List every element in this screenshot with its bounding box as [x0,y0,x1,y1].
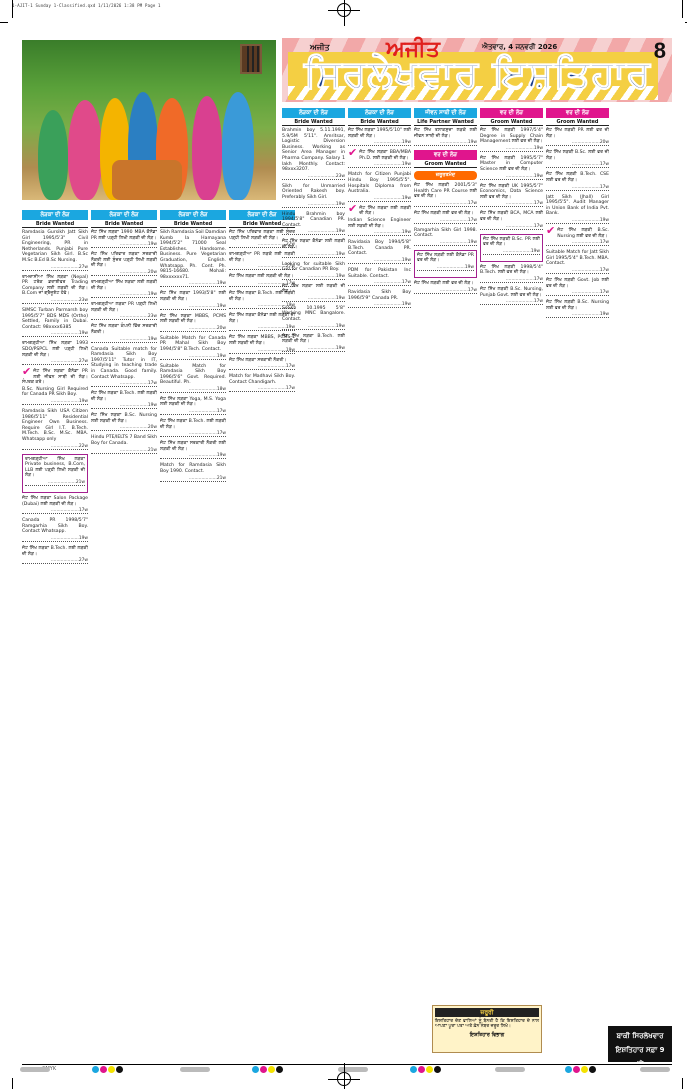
ad-reference: ....................20w [91,270,157,276]
classified-ad: SIMSC Turban Parmarsh boy 1995/5'7" BDS … [22,308,88,337]
ad-reference: ....................19w [282,202,345,208]
ad-body: ਜੱਟ ਸਿੱਖ ਲੜਕਾ B.Tech. ਲਈ ਲੜਕੀ ਦੀ ਲੋੜ। [282,334,345,345]
right-classifieds: ਲੋੜਕਾ ਦੀ ਲੋੜBride WantedBrahmin boy 5.11… [282,108,609,356]
crop-mark [12,1078,13,1089]
ad-reference: ....................20w [160,326,226,332]
classified-column: ਜੀਵਨ ਸਾਥੀ ਦੀ ਲੋੜLife Partner Wantedਜੱਟ ਸ… [414,108,477,356]
classified-ad: SeSkh 10.1995 5'8" Working MNC Bangalore… [282,306,345,330]
ad-text: ਜੱਟ ਸਿੱਖ ਲੜਕੀ 1998/5'4" B.Tech. ਲਈ ਵਰ ਦੀ… [480,265,543,276]
ad-body: ਜੱਟ ਸਿੱਖ ਲੜਕਾ 1995/5'10" ਲਈ ਲੜਕੀ ਦੀ ਲੋੜ। [348,128,411,139]
ad-reference: ....................23w [91,314,157,320]
classified-ad: ਜੱਟ ਸਿੱਖ ਲੜਕਾ ਸਰਕਾਰੀ ਨੌਕਰੀ।.............… [229,358,295,371]
ad-reference: ....................19w [22,331,88,337]
classified-ad: ਜੱਟ ਸਿੱਖ ਲੜਕਾ Yoga, M.S. Yoga ਲਈ ਲੜਕੀ ਦੀ… [160,397,226,415]
ad-reference: ....................19w [348,162,411,168]
ad-body: Ravidasia Sikh Boy 1996/5'9" Canada PR. [348,290,411,301]
classified-ad: ਜੱਟ ਸਿੱਖ ਲੜਕਾ B.Sc. Nursing ਲਈ ਲੜਕੀ ਦੀ ਲ… [91,413,157,431]
ad-body: ਜੱਟ ਸਿੱਖ ਲੜਕੀ UK 1995/5'7" Economics, Da… [480,184,543,200]
classified-ad: Hindu Brahmin boy 1994/5'8" Canadian PR.… [282,212,345,236]
classified-ad: ✔ਜੱਟ ਸਿੱਖ ਲੜਕੀ B.Sc. Nursing ਲਈ ਵਰ ਦੀ ਲੋ… [546,228,609,246]
ad-body: ਜੱਟ ਸਿੱਖ ਲੜਕੀ B.Sc. Nursing ਲਈ ਵਰ ਦੀ ਲੋੜ… [546,300,609,311]
ad-reference: ....................22w [22,444,88,450]
ad-body: ਜੱਟ ਸਿੱਖ ਲੜਕੀ B.Tech. CSE ਲਈ ਵਰ ਦੀ ਲੋੜ। [546,172,609,183]
ad-text: Ramdasia Gursikh Jatt Sikh Girl 1995/5'3… [22,230,88,264]
classified-ad: Ramdasia Sikh USA Citizen 1986/5'11" Res… [22,409,88,450]
ad-body: ਜੱਟ ਸਿੱਖ ਲੜਕੀ 1995/5'7" Master in Comput… [480,156,543,172]
classified-ad: Jatt Sikh (Jhall) Girl 1995/5'5". Audit … [546,195,609,224]
cmyk-dots-icon [410,1066,441,1073]
left-classifieds: ਲੋੜਕਾ ਦੀ ਲੋੜBride WantedRamdasia Gursikh… [22,210,295,568]
ad-text: ਜੱਟ ਸਿੱਖ ਲੜਕਾ ਕੰਪਨੀ ਵਿੱਚ ਸਰਕਾਰੀ ਨੌਕਰੀ। [91,324,157,335]
classified-ad: Match for Ramdasia Sikh Boy 1990. Contac… [160,463,226,481]
ad-reference: ....................19w [282,274,345,280]
ad-text: ਜੱਟ ਸਿੱਖ ਲੜਕਾ ਕੈਨੇਡਾ ਲਈ ਲੜਕੀ ਦੀ ਲੋੜ। [282,239,345,250]
page-number: 8 [654,38,666,64]
classified-column: ਲੋੜਕਾ ਦੀ ਲੋੜBride Wantedਜੱਟ ਸਿੱਖ ਲੜਕਾ 19… [348,108,411,356]
classified-ad: ਜੱਟ ਸਿੱਖ ਲੜਕਾ 1995/5'10" ਲਈ ਲੜਕੀ ਦੀ ਲੋੜ।… [348,128,411,146]
ad-text: ✔ਜੱਟ ਸਿੱਖ ਲੜਕਾ ਕੈਨੇਡਾ PR ਲਈ ਜੀਵਨ ਸਾਥੀ ਦੀ… [22,369,88,386]
ad-reference: ....................17w [480,299,543,305]
classified-ad: ਜੱਟ ਸਿੱਖ ਤਲਾਕਸ਼ੁਦਾ ਲੜਕੇ ਲਈ ਜੀਵਨ ਸਾਥੀ ਦੀ … [414,128,477,146]
classified-ad: ਰਾਮਗੜ੍ਹੀਆ ਸਿੱਖ ਲੜਕਾ Private business, B.… [22,454,88,493]
ad-body: ਜੱਟ ਸਿੱਖ ਲੜਕਾ 1990 MBA ਕੈਨੇਡਾ PR ਲਈ ਪੜ੍ਹ… [91,230,157,241]
ad-reference: ....................19w [91,337,157,343]
ad-text: Suitable Match for Jatt Sikh Girl 1995/5… [546,250,609,267]
ad-text: ਜੱਟ ਸਿੱਖ ਲੜਕੀ PR ਲਈ ਵਰ ਦੀ ਲੋੜ। [546,128,609,139]
masthead: ਅਜੀਤ ਅਜੀਤ ਐਤਵਾਰ, 4 ਜਨਵਰੀ 2026 8 ਸਿਰਲੇਖਵਾ… [282,38,672,102]
ad-body: ਜੱਟ ਸਿੱਖ ਲੜਕਾ ਕੰਪਨੀ ਵਿੱਚ ਸਰਕਾਰੀ ਨੌਕਰੀ। [91,324,157,335]
ad-text: Looking for suitable Sikh Girl for Canad… [282,262,345,273]
classified-ad: Suitable Match for Ramdasia Sikh Boy 199… [160,364,226,393]
classified-ad: Sikh for Unmarried Oriented Rakesh boy. … [282,184,345,208]
ad-body: Hindu PTE/IELTS 7 Band Sikh Boy for Cana… [91,435,157,446]
ad-text: SeSkh 10.1995 5'8" Working MNC Bangalore… [282,306,345,323]
ad-body: ਜੱਟ ਸਿੱਖ ਲੜਕਾ Salon Package (Dubai) ਲਈ ਲ… [22,496,88,507]
urgent-tag: ਜ਼ਰੂਰਤਮੰਦ [414,171,477,180]
ad-reference: ....................23w [282,174,345,180]
category-subheader: Bride Wanted [160,221,226,228]
ad-reference: ....................19w [348,140,411,146]
ad-reference: ....................19w [282,296,345,302]
category-subheader: Life Partner Wanted [414,119,477,126]
ad-text: ਜੱਟ ਸਿੱਖ ਲੜਕਾ 1993/5'8" ਲਈ ਲੜਕੀ ਦੀ ਲੋੜ। [160,291,226,302]
gray-bar [495,1067,525,1072]
classified-column: ਲੋੜਕਾ ਦੀ ਲੋੜBride WantedSikh Ramdasia So… [160,210,226,568]
category-subheader: Bride Wanted [282,119,345,126]
ad-body: ਜੱਟ ਸਿੱਖ ਲੜਕੀ 2001/5'3" Health Care PR C… [414,183,477,199]
ad-text: ਜੱਟ ਸਿੱਖ ਲੜਕੀ B.Sc. PR ਲਈ ਵਰ ਦੀ ਲੋੜ। [483,237,540,248]
ad-body: ਜੱਟ ਸਿੱਖ ਲੜਕਾ ਕੈਨੇਡਾ ਲਈ ਲੜਕੀ ਦੀ ਲੋੜ। [282,239,345,250]
classified-ad: ਜੱਟ ਸਿੱਖ ਲੜਕੀ B.Sc. ਲਈ ਵਰ ਦੀ ਲੋੜ।.......… [546,150,609,168]
classified-ad: ਜੱਟ ਸਿੱਖ ਲੜਕੀ ਲਈ ਵਰ ਦੀ ਲੋੜ।.............… [414,281,477,294]
ad-body: ਜੱਟ ਸਿੱਖ ਲੜਕਾ ਲਈ ਲੜਕੀ ਦੀ ਲੋੜ। [282,284,345,295]
ad-body: ਰਾਮਗੜ੍ਹੀਆ ਲੜਕਾ PR ਪੜ੍ਹੀ ਲਿਖੀ ਲੜਕੀ ਦੀ ਲੋੜ… [91,302,157,313]
registration-mark-icon [337,1072,351,1086]
category-subheader: Bride Wanted [22,221,88,228]
ad-reference: ....................18w [160,387,226,393]
ad-text: ਜੱਟ ਸਿੱਖ ਲੜਕੀ ਲਈ ਕੈਨੇਡਾ PR ਵਰ ਦੀ ਲੋੜ। [417,253,474,264]
classified-ad: ਰਾਮਗੜ੍ਹੀਆ ਸਿੱਖ ਲੜਕਾ 1993 SDO/PSPCL ਲਈ ਪੜ… [22,341,88,365]
footer-rule [22,1064,672,1065]
print-slug: 1-AJIT-1 Sunday 1-Classified.qxd 1/11/20… [12,3,161,8]
ad-text: ਜੱਟ ਸਿੱਖ ਲੜਕੀ Govt. Job ਲਈ ਵਰ ਦੀ ਲੋੜ। [546,278,609,289]
ad-text: ਰਾਮਗੜ੍ਹੀਆ ਸਿੱਖ ਲੜਕਾ ਲਈ ਲੜਕੀ ਦੀ ਲੋੜ। [91,280,157,291]
classified-ad: Ravidasia Boy 1994/5'8" B.Tech. Canada P… [348,240,411,264]
classified-ad: Ramdasia Gursikh Jatt Sikh Girl 1995/5'3… [22,230,88,271]
ad-reference: ....................19w [282,229,345,235]
cmyk-dots-icon [252,1066,283,1073]
ad-text: ਰਾਮਗੜ੍ਹੀਆ ਸਿੱਖ ਲੜਕਾ Private business, B.… [25,457,85,479]
crop-mark [0,22,8,23]
ad-text: Sikh for Unmarried Oriented Rakesh boy. … [282,184,345,201]
promo-line-1: ਬਾਕੀ ਸਿਰਲੇਖਵਾਰ [611,1029,669,1043]
ad-body: ਜੱਟ ਸਿੱਖ ਤਲਾਕਸ਼ੁਦਾ ਲੜਕੇ ਲਈ ਜੀਵਨ ਸਾਥੀ ਦੀ … [414,128,477,139]
classified-ad: ਜੱਟ ਸਿੱਖ ਲੜਕਾ MBBS, PCMS ਲਈ ਲੜਕੀ ਦੀ ਲੋੜ।… [160,314,226,332]
gray-bar [640,1067,670,1072]
ad-body: ਰਾਮਗੜ੍ਹੀਆ ਸਿੱਖ ਲੜਕਾ ਲਈ ਲੜਕੀ ਦੀ ਲੋੜ। [91,280,157,291]
window-illustration [240,44,262,74]
classified-ad: ਜੱਟ ਸਿੱਖ ਲੜਕਾ B.Tech. ਲਈ ਲੜਕੀ ਦੀ ਲੋੜ।...… [282,334,345,352]
ad-text: ਜੱਟ ਸਿੱਖ ਲੜਕਾ B.Tech. ਲਈ ਲੜਕੀ ਦੀ ਲੋੜ। [91,391,157,402]
ad-body: Ramdasia Gursikh Jatt Sikh Girl 1995/5'3… [22,230,88,263]
category-subheader: Groom Wanted [414,161,477,168]
ad-body: ਜੱਟ ਸਿੱਖ ਪਰਿਵਾਰ ਲੜਕਾ ਸਰਕਾਰੀ ਨੌਕਰੀ ਲਈ ਸੁੰ… [91,252,157,268]
ad-reference: ....................19w [483,249,540,255]
crop-mark [12,0,13,18]
ad-reference: ....................19w [282,252,345,258]
continued-promo: ਬਾਕੀ ਸਿਰਲੇਖਵਾਰ ਇਸ਼ਤਿਹਾਰ ਸਫ਼ਾ 9 'ਤੇ [608,1026,672,1062]
checkmark-icon: ✔ [546,228,555,234]
classified-ad: ਜੱਟ ਸਿੱਖ ਲੜਕਾ ਲਈ ਲੜਕੀ ਦੀ ਲੋੜ।...........… [282,284,345,302]
ad-reference: ....................17w [480,224,543,230]
classified-ad: Brahmin boy 5.11.1991, 5.9/5M 5'11". Amr… [282,128,345,180]
ad-text: ਜੱਟ ਸਿੱਖ ਲੜਕਾ ਸਰਕਾਰੀ ਨੌਕਰੀ ਲਈ ਲੜਕੀ ਦੀ ਲੋ… [160,441,226,452]
ad-reference: ....................17w [229,364,295,370]
ad-text: ਜੱਟ ਸਿੱਖ ਲੜਕਾ ਸਰਕਾਰੀ ਨੌਕਰੀ। [229,358,295,364]
ad-body: SIMSC Turban Parmarsh boy 1995/5'7" BDS … [22,308,88,330]
notice-title: ਜ਼ਰੂਰੀ [435,1008,539,1017]
classified-ad: ਜੱਟ ਸਿੱਖ ਲੜਕੀ 1995/5'7" Master in Comput… [480,156,543,180]
ad-body: ਜੱਟ ਸਿੱਖ ਲੜਕਾ B.Tech. ਲਈ ਲੜਕੀ ਦੀ ਲੋੜ। [160,419,226,430]
ad-reference: ....................17w [546,162,609,168]
category-header: ਲੋੜਕਾ ਦੀ ਲੋੜ [22,210,88,220]
ad-text: ਜੱਟ ਸਿੱਖ ਲੜਕਾ MBBS, PCMS ਲਈ ਲੜਕੀ ਦੀ ਲੋੜ। [160,314,226,325]
ad-text: Suitable Match for Ramdasia Sikh Boy 199… [160,364,226,386]
ad-body: ਜੱਟ ਸਿੱਖ ਲੜਕੀ PR ਲਈ ਵਰ ਦੀ ਲੋੜ। [546,128,609,139]
ad-reference: ....................17w [546,290,609,296]
ad-text: PDM for Pakistan Inc Suitable. Contact. [348,268,411,279]
ad-body: ਜੱਟ ਸਿੱਖ ਲੜਕਾ 1993/5'8" ਲਈ ਲੜਕੀ ਦੀ ਲੋੜ। [160,291,226,302]
category-subheader: Groom Wanted [480,119,543,126]
ad-text: ਜੱਟ ਸਿੱਖ ਲੜਕਾ Salon Package (Dubai) ਲਈ ਲ… [22,496,88,507]
category-header: ਵਰ ਦੀ ਲੋੜ [480,108,543,118]
classified-ad: ਜੱਟ ਸਿੱਖ ਲੜਕੀ B.Sc. PR ਲਈ ਵਰ ਦੀ ਲੋੜ।....… [480,234,543,262]
classified-ad: ✔ਜੱਟ ਸਿੱਖ ਲੜਕਾ ਕੈਨੇਡਾ PR ਲਈ ਜੀਵਨ ਸਾਥੀ ਦੀ… [22,369,88,405]
ad-body: Jatt Sikh (Jhall) Girl 1995/5'5". Audit … [546,195,609,217]
ad-reference: ....................19w [91,292,157,298]
ad-text: ਜੱਟ ਸਿੱਖ ਲੜਕੀ 1995/5'7" Master in Comput… [480,156,543,173]
classified-ad: Canada PR 1998/5'7" Ramgarhia Sikh Boy. … [22,518,88,542]
ad-body: ਜੱਟ ਸਿੱਖ ਲੜਕਾ B.Tech. ਲਈ ਲੜਕੀ ਦੀ ਲੋੜ। [22,546,88,557]
classified-ad: ਜੱਟ ਸਿੱਖ ਲੜਕਾ Salon Package (Dubai) ਲਈ ਲ… [22,496,88,514]
ad-text: ਜੱਟ ਸਿੱਖ ਪਰਿਵਾਰ ਲੜਕਾ ਸਰਕਾਰੀ ਨੌਕਰੀ ਲਈ ਸੁੰ… [91,252,157,269]
page-title: ਸਿਰਲੇਖਵਾਰ ਇਸ਼ਤਿਹਾਰ [304,52,651,97]
category-header: ਜੀਵਨ ਸਾਥੀ ਦੀ ਲੋੜ [414,108,477,118]
ad-body: ਜੱਟ ਸਿੱਖ ਲੜਕੀ ਲਈ ਵਰ ਦੀ ਲੋੜ। [414,211,474,216]
ad-reference: ....................17w [160,409,226,415]
category-header: ਵਰ ਦੀ ਲੋੜ [546,108,609,118]
classified-ad: ਜੱਟ ਸਿੱਖ ਲੜਕੀ ਲਈ ਕੈਨੇਡਾ PR ਵਰ ਦੀ ਲੋੜ।...… [414,250,477,278]
ad-body: ਜੱਟ ਸਿੱਖ ਲੜਕੀ 1998/5'4" B.Tech. ਲਈ ਵਰ ਦੀ… [480,265,543,276]
ad-text: ✔ਜੱਟ ਸਿੱਖ ਲੜਕਾ ਲਈ ਲੜਕੀ ਦੀ ਲੋੜ। [348,206,411,217]
ad-body: Suitable Match for Jatt Sikh Girl 1995/5… [546,250,609,266]
ad-body: ਜੱਟ ਸਿੱਖ ਲੜਕੀ B.Sc. ਲਈ ਵਰ ਦੀ ਲੋੜ। [546,150,609,161]
ad-body: ਜੱਟ ਸਿੱਖ ਲੜਕਾ B.Sc. Nursing ਲਈ ਲੜਕੀ ਦੀ ਲ… [91,413,157,424]
ad-text: ਜੱਟ ਸਿੱਖ ਲੜਕੀ BCA, MCA ਲਈ ਵਰ ਦੀ ਲੋੜ। [480,211,543,222]
classified-ad: ਜੱਟ ਸਿੱਖ ਲੜਕੀ PR ਲਈ ਵਰ ਦੀ ਲੋੜ।..........… [546,128,609,146]
ad-body: Suitable Match for Canada PR Mahal Sikh … [160,336,226,352]
ad-text: ਜੱਟ ਸਿੱਖ ਲੜਕੀ B.Tech. CSE ਲਈ ਵਰ ਦੀ ਲੋੜ। [546,172,609,183]
cmyk-dots-icon [565,1066,596,1073]
ad-text: ✔ਜੱਟ ਸਿੱਖ ਲੜਕੀ B.Sc. Nursing ਲਈ ਵਰ ਦੀ ਲੋ… [546,228,609,239]
ad-body: Sikh Ramdasia Soil Damdian Kumb Ia Hamay… [160,230,226,280]
ad-text: ਜੱਟ ਸਿੱਖ ਲੜਕਾ B.Tech. ਲਈ ਲੜਕੀ ਦੀ ਲੋੜ। [160,419,226,430]
ad-body: PDM for Pakistan Inc Suitable. Contact. [348,268,411,279]
notice-footer: ਇਸ਼ਤਿਹਾਰ ਵਿਭਾਗ [435,1032,539,1038]
ad-text: Sikh Ramdasia Soil Damdian Kumb Ia Hamay… [160,230,226,280]
classified-ad: ਜੱਟ ਸਿੱਖ ਲੜਕਾ ਸਰਕਾਰੀ ਨੌਕਰੀ ਲਈ ਲੜਕੀ ਦੀ ਲੋ… [160,441,226,459]
classified-ad: ਜੱਟ ਸਿੱਖ ਲੜਕੀ BCA, MCA ਲਈ ਵਰ ਦੀ ਲੋੜ।....… [480,211,543,229]
classified-ad: Suitable Match for Jatt Sikh Girl 1995/5… [546,250,609,274]
classified-ad: ਜੱਟ ਸਿੱਖ ਲੜਕੀ 1998/5'4" B.Tech. ਲਈ ਵਰ ਦੀ… [480,265,543,283]
classified-column: ਵਰ ਦੀ ਲੋੜGroom Wantedਜੱਟ ਸਿੱਖ ਲੜਕੀ PR ਲਈ… [546,108,609,356]
classified-ad: ਰਾਮਗੜ੍ਹੀਆ ਲੜਕਾ PR ਪੜ੍ਹੀ ਲਿਖੀ ਲੜਕੀ ਦੀ ਲੋੜ… [91,302,157,320]
ad-body: Suitable Match for Ramdasia Sikh Boy 199… [160,364,226,386]
ad-text: Match for Madhavi Sikh Boy. Contact Chan… [229,374,295,385]
notice-box: ਜ਼ਰੂਰੀ ਇਸ਼ਤਿਹਾਰ ਦੇਣ ਵਾਲਿਆਂ ਨੂੰ ਬੇਨਤੀ ਹੈ … [432,1005,542,1053]
ad-reference: ....................27w [22,265,88,271]
ad-reference: ....................19w [160,281,226,287]
ad-reference: ....................17w [348,280,411,286]
ad-body: Brahmin boy 5.11.1991, 5.9/5M 5'11". Amr… [282,128,345,172]
classified-column: ਵਰ ਦੀ ਲੋੜGroom Wantedਜੱਟ ਸਿੱਖ ਲੜਕੀ 1997/… [480,108,543,356]
ad-body: ਜੱਟ ਸਿੱਖ ਲੜਕੀ B.Sc. Nursing ਲਈ ਵਰ ਦੀ ਲੋੜ… [557,228,609,239]
classified-column: ਲੋੜਕਾ ਦੀ ਲੋੜBride Wantedਜੱਟ ਸਿੱਖ ਲੜਕਾ 19… [91,210,157,568]
ad-body: Sikh for Unmarried Oriented Rakesh boy. … [282,184,345,200]
registration-mark-icon [337,3,351,17]
ad-body: ਜੱਟ ਸਿੱਖ ਲੜਕੀ B.Sc. Nursing, Punjab Govt… [480,287,543,298]
ad-text: Ramdasia Sikh USA Citizen 1986/5'11" Res… [22,409,88,443]
ad-reference: ....................21w [25,480,85,486]
ad-body: SeSkh 10.1995 5'8" Working MNC Bangalore… [282,306,345,322]
classified-ad: Match for Citizen Punjabi Hindu Boy 1995… [348,172,411,201]
ad-reference: ....................19w [480,174,543,180]
classified-ad: ਰਾਮਦਾਸੀਆ ਸਿੱਖ ਲੜਕਾ (Nepal) PR ਟਰੱਕ ਡਰਾਈਵ… [22,275,88,304]
classified-ad: ਰਾਮਗੜ੍ਹੀਆ ਸਿੱਖ ਲੜਕਾ ਲਈ ਲੜਕੀ ਦੀ ਲੋੜ।.....… [91,280,157,298]
ad-body: ਜੱਟ ਸਿੱਖ ਲੜਕਾ ਸਰਕਾਰੀ ਨੌਕਰੀ। [229,358,287,363]
category-header: ਵਰ ਦੀ ਲੋੜ [414,150,477,160]
ad-body: ਜੱਟ ਸਿੱਖ ਲੜਕੀ B.Sc. PR ਲਈ ਵਰ ਦੀ ਲੋੜ। [483,237,540,248]
classified-ad: ਜੱਟ ਸਿੱਖ ਲੜਕਾ B.Tech. ਲਈ ਲੜਕੀ ਦੀ ਲੋੜ।...… [22,546,88,564]
ad-body: ਜੱਟ ਸਿੱਖ ਲੜਕਾ ਲਈ ਲੜਕੀ ਦੀ ਲੋੜ। [359,206,411,217]
classified-ad: PDM for Pakistan Inc Suitable. Contact..… [348,268,411,286]
checkmark-icon: ✔ [348,206,357,212]
ad-text: Hindu PTE/IELTS 7 Band Sikh Boy for Cana… [91,435,157,446]
ad-body: Looking for suitable Sikh Girl for Canad… [282,262,345,273]
ad-body: Canada PR 1998/5'7" Ramgarhia Sikh Boy. … [22,518,88,534]
ad-reference: ....................17w [546,268,609,274]
category-subheader: Groom Wanted [546,119,609,126]
ad-reference: ....................27w [22,359,88,365]
classified-ad: Sikh Ramdasia Soil Damdian Kumb Ia Hamay… [160,230,226,287]
ad-reference: ....................17w [546,185,609,191]
ad-reference: ....................19w [348,302,411,308]
ad-body: ਜੱਟ ਸਿੱਖ ਲੜਕੀ Govt. Job ਲਈ ਵਰ ਦੀ ਲੋੜ। [546,278,609,289]
ad-reference: ....................19w [282,346,345,352]
ad-text: ਜੱਟ ਸਿੱਖ ਲੜਕੀ 2001/5'3" Health Care PR C… [414,183,477,200]
classified-ad: Hindu PTE/IELTS 7 Band Sikh Boy for Cana… [91,435,157,453]
ad-body: ਰਾਮਗੜ੍ਹੀਆ ਸਿੱਖ ਲੜਕਾ 1993 SDO/PSPCL ਲਈ ਪੜ… [22,341,88,357]
notice-body: ਇਸ਼ਤਿਹਾਰ ਦੇਣ ਵਾਲਿਆਂ ਨੂੰ ਬੇਨਤੀ ਹੈ ਕਿ ਇਸ਼ਤ… [435,1019,539,1030]
ad-reference: ....................21w [91,448,157,454]
ad-text: ਜੱਟ ਸਿੱਖ ਤਲਾਕਸ਼ੁਦਾ ਲੜਕੇ ਲਈ ਜੀਵਨ ਸਾਥੀ ਦੀ … [414,128,477,139]
checkmark-icon: ✔ [22,369,31,375]
ad-body: Canada Suitable match for Ramdasia Sikh … [91,347,157,380]
ad-text: ਜੱਟ ਸਿੱਖ ਲੜਕੀ B.Sc. ਲਈ ਵਰ ਦੀ ਲੋੜ। [546,150,609,161]
ad-body: ਜੱਟ ਸਿੱਖ ਲੜਕਾ ਸਰਕਾਰੀ ਨੌਕਰੀ ਲਈ ਲੜਕੀ ਦੀ ਲੋ… [160,441,226,452]
ad-body: Ravidasia Boy 1994/5'8" B.Tech. Canada P… [348,240,411,256]
ad-reference: ....................17w [546,240,609,246]
ad-reference: ....................21w [160,476,226,482]
ad-body: ਜੱਟ ਸਿੱਖ ਲੜਕਾ B.Tech. ਲਈ ਲੜਕੀ ਦੀ ਲੋੜ। [91,391,157,402]
ad-text: ਜੱਟ ਸਿੱਖ ਲੜਕਾ ਲਈ ਲੜਕੀ ਦੀ ਲੋੜ। [282,284,345,295]
ad-reference: ....................19w [282,324,345,330]
gray-bar [180,1067,210,1072]
ad-reference: ....................19w [546,218,609,224]
ad-reference: ....................19w [348,230,411,236]
ad-body: Match for Madhavi Sikh Boy. Contact Chan… [229,374,295,385]
ad-body: ਜੱਟ ਸਿੱਖ ਲੜਕੀ 1997/5'4" Degree in Supply… [480,128,543,144]
header-painting [22,40,276,200]
ad-reference: ....................19w [546,312,609,318]
ad-reference: ....................17w [480,201,543,207]
ad-body: Match for Citizen Punjabi Hindu Boy 1995… [348,172,411,194]
classified-ad: ਜੱਟ ਸਿੱਖ ਲੜਕਾ 1990 MBA ਕੈਨੇਡਾ PR ਲਈ ਪੜ੍ਹ… [91,230,157,248]
ad-reference: ....................17w [414,218,477,224]
classified-ad: ਜੱਟ ਸਿੱਖ ਲੜਕਾ ਕੈਨੇਡਾ ਲਈ ਲੜਕੀ ਦੀ ਲੋੜ।....… [282,239,345,257]
classified-ad: ਜੱਟ ਸਿੱਖ ਲੜਕੀ UK 1995/5'7" Economics, Da… [480,184,543,208]
ad-body: ਜੱਟ ਸਿੱਖ ਲੜਕਾ BBA/MBA Ph.D. ਲਈ ਲੜਕੀ ਦੀ ਲ… [359,150,411,161]
ad-reference: ....................19w [480,146,543,152]
ad-text: ਜੱਟ ਸਿੱਖ ਲੜਕਾ B.Tech. ਲਈ ਲੜਕੀ ਦੀ ਲੋੜ। [22,546,88,557]
ad-text: ਰਾਮਗੜ੍ਹੀਆ ਲੜਕਾ PR ਪੜ੍ਹੀ ਲਿਖੀ ਲੜਕੀ ਦੀ ਲੋੜ… [91,302,157,313]
ad-text: ਜੱਟ ਸਿੱਖ ਲੜਕੀ B.Sc. Nursing, Punjab Govt… [480,287,543,298]
ad-text: ਜੱਟ ਸਿੱਖ ਲੜਕੀ B.Sc. Nursing ਲਈ ਵਰ ਦੀ ਲੋੜ… [546,300,609,311]
ad-reference: ....................17w [414,201,477,207]
ad-reference: ....................19w [160,453,226,459]
classified-ad: ਜੱਟ ਸਿੱਖ ਲੜਕੀ Govt. Job ਲਈ ਵਰ ਦੀ ਲੋੜ।...… [546,278,609,296]
category-header: ਲੋੜਕਾ ਦੀ ਲੋੜ [160,210,226,220]
ad-text: ਜੱਟ ਸਿੱਖ ਲੜਕਾ B.Tech. ਲਈ ਲੜਕੀ ਦੀ ਲੋੜ। [282,334,345,345]
ad-body: ਜੱਟ ਸਿੱਖ ਲੜਕਾ Yoga, M.S. Yoga ਲਈ ਲੜਕੀ ਦੀ… [160,397,226,408]
ad-reference: ....................17w [480,277,543,283]
ad-text: ✔ਜੱਟ ਸਿੱਖ ਲੜਕਾ BBA/MBA Ph.D. ਲਈ ਲੜਕੀ ਦੀ … [348,150,411,161]
ad-text: ਰਾਮਗੜ੍ਹੀਆ ਸਿੱਖ ਲੜਕਾ 1993 SDO/PSPCL ਲਈ ਪੜ… [22,341,88,358]
ad-reference: ....................19w [417,265,474,271]
ad-reference: ....................19w [414,240,477,246]
classified-ad: Ramgarhia Sikh Girl 1998. Contact.......… [414,228,477,246]
ad-text: SIMSC Turban Parmarsh boy 1995/5'7" BDS … [22,308,88,330]
ad-reference: ....................17w [160,431,226,437]
ad-text: ਜੱਟ ਸਿੱਖ ਲੜਕੀ UK 1995/5'7" Economics, Da… [480,184,543,201]
ad-body: ਜੱਟ ਸਿੱਖ ਲੜਕੀ ਲਈ ਵਰ ਦੀ ਲੋੜ। [414,281,474,286]
classified-ad: ਜੱਟ ਸਿੱਖ ਲੜਕੀ 1997/5'4" Degree in Supply… [480,128,543,152]
ad-text: Suitable Match for Canada PR Mahal Sikh … [160,336,226,353]
ad-body: ਜੱਟ ਸਿੱਖ ਲੜਕਾ MBBS, PCMS ਲਈ ਲੜਕੀ ਦੀ ਲੋੜ। [160,314,226,325]
ad-reference: ....................19w [91,242,157,248]
ad-text: Ravidasia Boy 1994/5'8" B.Tech. Canada P… [348,240,411,257]
ad-reference: ....................20w [91,425,157,431]
ad-text: Canada Suitable match for Ramdasia Sikh … [91,347,157,381]
ad-text: Jatt Sikh (Jhall) Girl 1995/5'5". Audit … [546,195,609,217]
category-header: ਲੋੜਕਾ ਦੀ ਲੋੜ [282,108,345,118]
ad-reference: ....................20w [546,140,609,146]
ad-text: ਜੱਟ ਸਿੱਖ ਲੜਕਾ B.Sc. Nursing ਲਈ ਲੜਕੀ ਦੀ ਲ… [91,413,157,424]
classified-ad: ਜੱਟ ਸਿੱਖ ਲੜਕੀ B.Sc. Nursing, Punjab Govt… [480,287,543,305]
classified-ad: Match for Madhavi Sikh Boy. Contact Chan… [229,374,295,392]
ad-text: Ravidasia Sikh Boy 1996/5'9" Canada PR. [348,290,411,301]
category-subheader: Bride Wanted [91,221,157,228]
ad-text: Canada PR 1998/5'7" Ramgarhia Sikh Boy. … [22,518,88,535]
ad-body: ਰਾਮਦਾਸੀਆ ਸਿੱਖ ਲੜਕਾ (Nepal) PR ਟਰੱਕ ਡਰਾਈਵ… [22,275,88,297]
classified-ad: Ravidasia Sikh Boy 1996/5'9" Canada PR..… [348,290,411,308]
ad-text: Ramgarhia Sikh Girl 1998. Contact. [414,228,477,239]
classified-ad: Canada Suitable match for Ramdasia Sikh … [91,347,157,388]
ad-reference: ....................19w [22,536,88,542]
ad-text: Brahmin boy 5.11.1991, 5.9/5M 5'11". Amr… [282,128,345,173]
classified-ad: ਜੱਟ ਸਿੱਖ ਲੜਕਾ B.Tech. ਲਈ ਲੜਕੀ ਦੀ ਲੋੜ।...… [91,391,157,409]
ad-body: ਜੱਟ ਸਿੱਖ ਲੜਕੀ ਲਈ ਕੈਨੇਡਾ PR ਵਰ ਦੀ ਲੋੜ। [417,253,474,264]
classified-ad: ਜੱਟ ਸਿੱਖ ਲੜਕਾ ਕੰਪਨੀ ਵਿੱਚ ਸਰਕਾਰੀ ਨੌਕਰੀ।..… [91,324,157,342]
ad-text: ਜੱਟ ਸਿੱਖ ਲੜਕੀ 1997/5'4" Degree in Supply… [480,128,543,145]
category-header: ਲੋੜਕਾ ਦੀ ਲੋੜ [348,108,411,118]
classified-ad: ✔ਜੱਟ ਸਿੱਖ ਲੜਕਾ BBA/MBA Ph.D. ਲਈ ਲੜਕੀ ਦੀ … [348,150,411,168]
classified-ad: Suitable Match for Canada PR Mahal Sikh … [160,336,226,360]
classified-ad: ਜੱਟ ਸਿੱਖ ਲੜਕਾ 1993/5'8" ਲਈ ਲੜਕੀ ਦੀ ਲੋੜ।.… [160,291,226,309]
checkmark-icon: ✔ [348,150,357,156]
ad-text: ਜੱਟ ਸਿੱਖ ਲੜਕੀ ਲਈ ਵਰ ਦੀ ਲੋੜ। [414,211,477,217]
ad-reference: ....................27w [22,558,88,564]
ad-reference: ....................23w [22,298,88,304]
classified-ad: ਜੱਟ ਸਿੱਖ ਪਰਿਵਾਰ ਲੜਕਾ ਸਰਕਾਰੀ ਨੌਕਰੀ ਲਈ ਸੁੰ… [91,252,157,276]
ad-text: ਰਾਮਦਾਸੀਆ ਸਿੱਖ ਲੜਕਾ (Nepal) PR ਟਰੱਕ ਡਰਾਈਵ… [22,275,88,297]
ad-body: Match for Ramdasia Sikh Boy 1990. Contac… [160,463,226,474]
ad-reference: ....................19w [160,304,226,310]
ad-text: ਜੱਟ ਸਿੱਖ ਲੜਕੀ ਲਈ ਵਰ ਦੀ ਲੋੜ। [414,281,477,287]
ad-body: ਰਾਮਗੜ੍ਹੀਆ ਸਿੱਖ ਲੜਕਾ Private business, B.… [25,457,85,479]
category-header: ਲੋੜਕਾ ਦੀ ਲੋੜ [91,210,157,220]
ad-reference: ....................17w [91,381,157,387]
ad-text: Match for Citizen Punjabi Hindu Boy 1995… [348,172,411,194]
ad-body: ਜੱਟ ਸਿੱਖ ਲੜਕਾ ਕੈਨੇਡਾ PR ਲਈ ਜੀਵਨ ਸਾਥੀ ਦੀ … [22,369,88,385]
ad-reference: ....................19w [348,196,411,202]
ad-text: ਜੱਟ ਸਿੱਖ ਲੜਕਾ 1995/5'10" ਲਈ ਲੜਕੀ ਦੀ ਲੋੜ। [348,128,411,139]
ad-reference: ....................17w [414,288,477,294]
classified-column: ਲੋੜਕਾ ਦੀ ਲੋੜBride WantedRamdasia Gursikh… [22,210,88,568]
crop-mark [682,0,683,18]
classified-ad: Looking for suitable Sikh Girl for Canad… [282,262,345,280]
classified-ad: ਜੱਟ ਸਿੱਖ ਲੜਕਾ B.Tech. ਲਈ ਲੜਕੀ ਦੀ ਲੋੜ।...… [160,419,226,437]
